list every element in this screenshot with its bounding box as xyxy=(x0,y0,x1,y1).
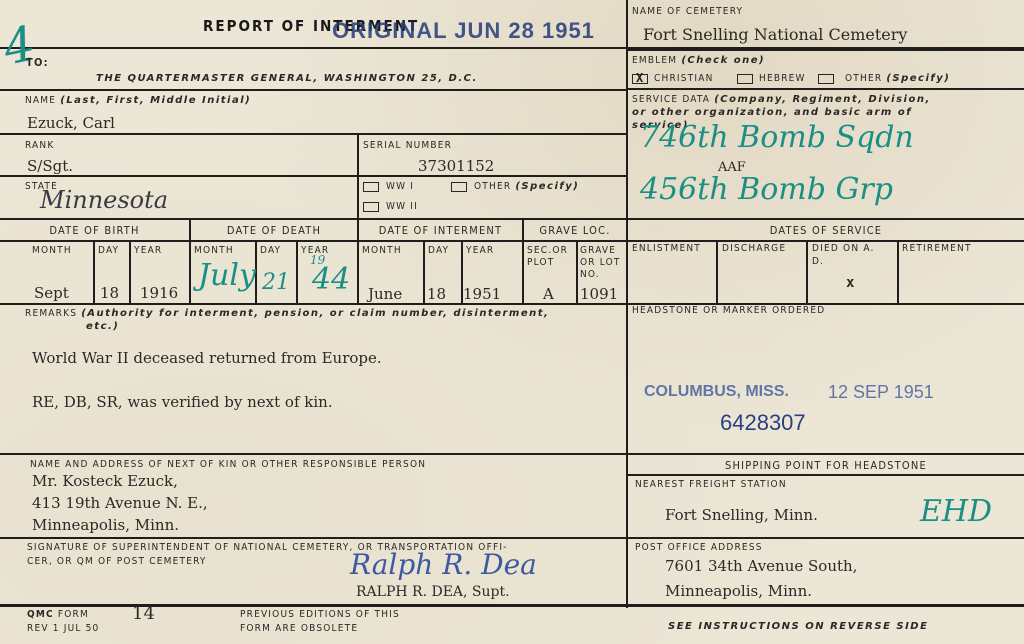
death-year: 44 xyxy=(312,262,350,297)
birth-header: DATE OF BIRTH xyxy=(0,224,189,237)
rule xyxy=(0,218,626,220)
name-label: NAME (Last, First, Middle Initial) xyxy=(25,95,251,106)
birth-month: Sept xyxy=(34,284,69,302)
superintendent-name: RALPH R. DEA, Supt. xyxy=(356,584,510,600)
birth-year: 1916 xyxy=(140,284,178,302)
name-value: Ezuck, Carl xyxy=(27,114,115,132)
reverse-side-instructions: SEE INSTRUCTIONS ON REVERSE SIDE xyxy=(668,621,928,632)
freight-station-label: NEAREST FREIGHT STATION xyxy=(635,479,787,490)
serial-value: 37301152 xyxy=(418,157,494,175)
birth-month-label: MONTH xyxy=(32,245,72,256)
service-data-hint: or other organization, and basic arm of xyxy=(632,107,912,118)
next-of-kin-city: Minneapolis, Minn. xyxy=(32,516,179,534)
post-office-city: Minneapolis, Minn. xyxy=(665,582,812,600)
form-code: QMC FORM xyxy=(27,609,89,620)
emblem-hebrew-label: HEBREW xyxy=(759,73,806,84)
grave-no-label-2: OR LOT xyxy=(580,257,621,268)
rule xyxy=(129,240,131,303)
ww2-label: WW II xyxy=(386,201,418,212)
headstone-order-number: 6428307 xyxy=(720,410,806,436)
retirement-label: RETIREMENT xyxy=(902,243,972,254)
emblem-hebrew-checkbox[interactable] xyxy=(737,74,753,84)
rule xyxy=(626,88,1024,90)
interment-day-label: DAY xyxy=(428,245,449,256)
superintendent-signature: Ralph R. Dea xyxy=(350,548,537,581)
rule xyxy=(0,240,1024,242)
interment-month: June xyxy=(368,285,402,303)
section-label: SEC.OR xyxy=(527,245,568,256)
cemetery-value: Fort Snelling National Cemetery xyxy=(643,25,907,44)
died-on-ad-mark: x xyxy=(846,275,854,291)
enlistment-label: ENLISTMENT xyxy=(632,243,701,254)
signature-label-2: CER, OR QM OF POST CEMETERY xyxy=(27,556,207,567)
birth-year-label: YEAR xyxy=(134,245,162,256)
obsolete-notice-2: FORM ARE OBSOLETE xyxy=(240,623,358,634)
interment-report-card: REPORT OF INTERMENT ORIGINAL JUN 28 1951… xyxy=(0,0,1024,644)
received-stamp: ORIGINAL JUN 28 1951 xyxy=(332,18,595,44)
headstone-stamp-location: COLUMBUS, MISS. xyxy=(644,383,789,401)
rule xyxy=(0,133,626,135)
death-header: DATE OF DEATH xyxy=(191,224,357,237)
died-on-ad-label-2: D. xyxy=(812,256,824,267)
interment-month-label: MONTH xyxy=(362,245,402,256)
rule xyxy=(576,240,578,303)
grave-header: GRAVE LOC. xyxy=(524,224,626,237)
emblem-other-label: OTHER (Specify) xyxy=(845,73,950,84)
emblem-label: EMBLEM (Check one) xyxy=(632,55,765,66)
rule xyxy=(0,453,1024,455)
shipping-header: SHIPPING POINT FOR HEADSTONE xyxy=(628,459,1024,472)
death-day-label: DAY xyxy=(260,245,281,256)
to-label: TO: xyxy=(26,56,49,69)
rule xyxy=(0,537,1024,539)
birth-day: 18 xyxy=(100,284,119,302)
to-value: THE QUARTERMASTER GENERAL, WASHINGTON 25… xyxy=(96,71,478,84)
emblem-other-checkbox[interactable] xyxy=(818,74,834,84)
rule xyxy=(423,240,425,303)
rule xyxy=(93,240,95,303)
rule xyxy=(716,240,718,303)
service-unit-group: 456th Bomb Grp xyxy=(640,172,893,207)
form-number: 14 xyxy=(132,603,155,624)
ww1-label: WW I xyxy=(386,181,414,192)
death-month: July xyxy=(198,258,256,293)
grave-no-label: GRAVE xyxy=(580,245,616,256)
rule xyxy=(0,175,626,177)
service-data-label: SERVICE DATA (Company, Regiment, Divisio… xyxy=(632,94,931,105)
war-other-label: OTHER (Specify) xyxy=(474,181,579,192)
grave-number: 1091 xyxy=(580,285,618,303)
war-other-checkbox[interactable] xyxy=(451,182,467,192)
remarks-line-2: RE, DB, SR, was verified by next of kin. xyxy=(32,393,333,411)
remarks-hint: etc.) xyxy=(86,321,119,332)
post-office-label: POST OFFICE ADDRESS xyxy=(635,542,763,553)
grave-section: A xyxy=(543,285,554,303)
interment-year: 1951 xyxy=(463,285,501,303)
next-of-kin-label: NAME AND ADDRESS OF NEXT OF KIN OR OTHER… xyxy=(30,459,426,470)
service-dates-header: DATES OF SERVICE xyxy=(628,224,1024,237)
remarks-label: REMARKS (Authority for interment, pensio… xyxy=(25,308,549,319)
interment-year-label: YEAR xyxy=(466,245,494,256)
grave-no-label-3: NO. xyxy=(580,269,600,280)
freight-station-value: Fort Snelling, Minn. xyxy=(665,506,818,524)
form-revision: REV 1 JUL 50 xyxy=(27,623,99,634)
death-month-label: MONTH xyxy=(194,245,234,256)
rule xyxy=(897,240,899,303)
state-value: Minnesota xyxy=(40,186,168,214)
interment-header: DATE OF INTERMENT xyxy=(359,224,522,237)
clerk-initials: EHD xyxy=(920,494,992,529)
rank-value: S/Sgt. xyxy=(27,157,73,175)
rule xyxy=(626,49,1024,51)
section-label-2: PLOT xyxy=(527,257,554,268)
headstone-stamp-date: 12 SEP 1951 xyxy=(828,382,934,403)
service-unit-squadron: 746th Bomb Sqdn xyxy=(640,120,914,155)
rank-label: RANK xyxy=(25,140,54,151)
interment-day: 18 xyxy=(427,285,446,303)
rule xyxy=(806,240,808,303)
rule xyxy=(0,303,1024,305)
remarks-line-1: World War II deceased returned from Euro… xyxy=(32,349,382,367)
emblem-christian-checkbox[interactable] xyxy=(632,74,648,84)
next-of-kin-name: Mr. Kosteck Ezuck, xyxy=(32,472,178,490)
rule xyxy=(626,474,1024,476)
rule xyxy=(626,218,1024,220)
rule xyxy=(0,89,626,91)
ww2-checkbox[interactable] xyxy=(363,202,379,212)
emblem-christian-label: CHRISTIAN xyxy=(654,73,714,84)
birth-day-label: DAY xyxy=(98,245,119,256)
headstone-label: HEADSTONE OR MARKER ORDERED xyxy=(632,305,825,316)
cemetery-label: NAME OF CEMETERY xyxy=(632,6,743,17)
death-day: 21 xyxy=(262,270,290,295)
obsolete-notice: PREVIOUS EDITIONS OF THIS xyxy=(240,609,400,620)
next-of-kin-street: 413 19th Avenue N. E., xyxy=(32,494,208,512)
rule xyxy=(357,133,359,218)
post-office-street: 7601 34th Avenue South, xyxy=(665,557,857,575)
ww1-checkbox[interactable] xyxy=(363,182,379,192)
discharge-label: DISCHARGE xyxy=(722,243,786,254)
died-on-ad-label: DIED ON A. xyxy=(812,243,875,254)
rule xyxy=(296,240,298,303)
serial-label: SERIAL NUMBER xyxy=(363,140,452,151)
